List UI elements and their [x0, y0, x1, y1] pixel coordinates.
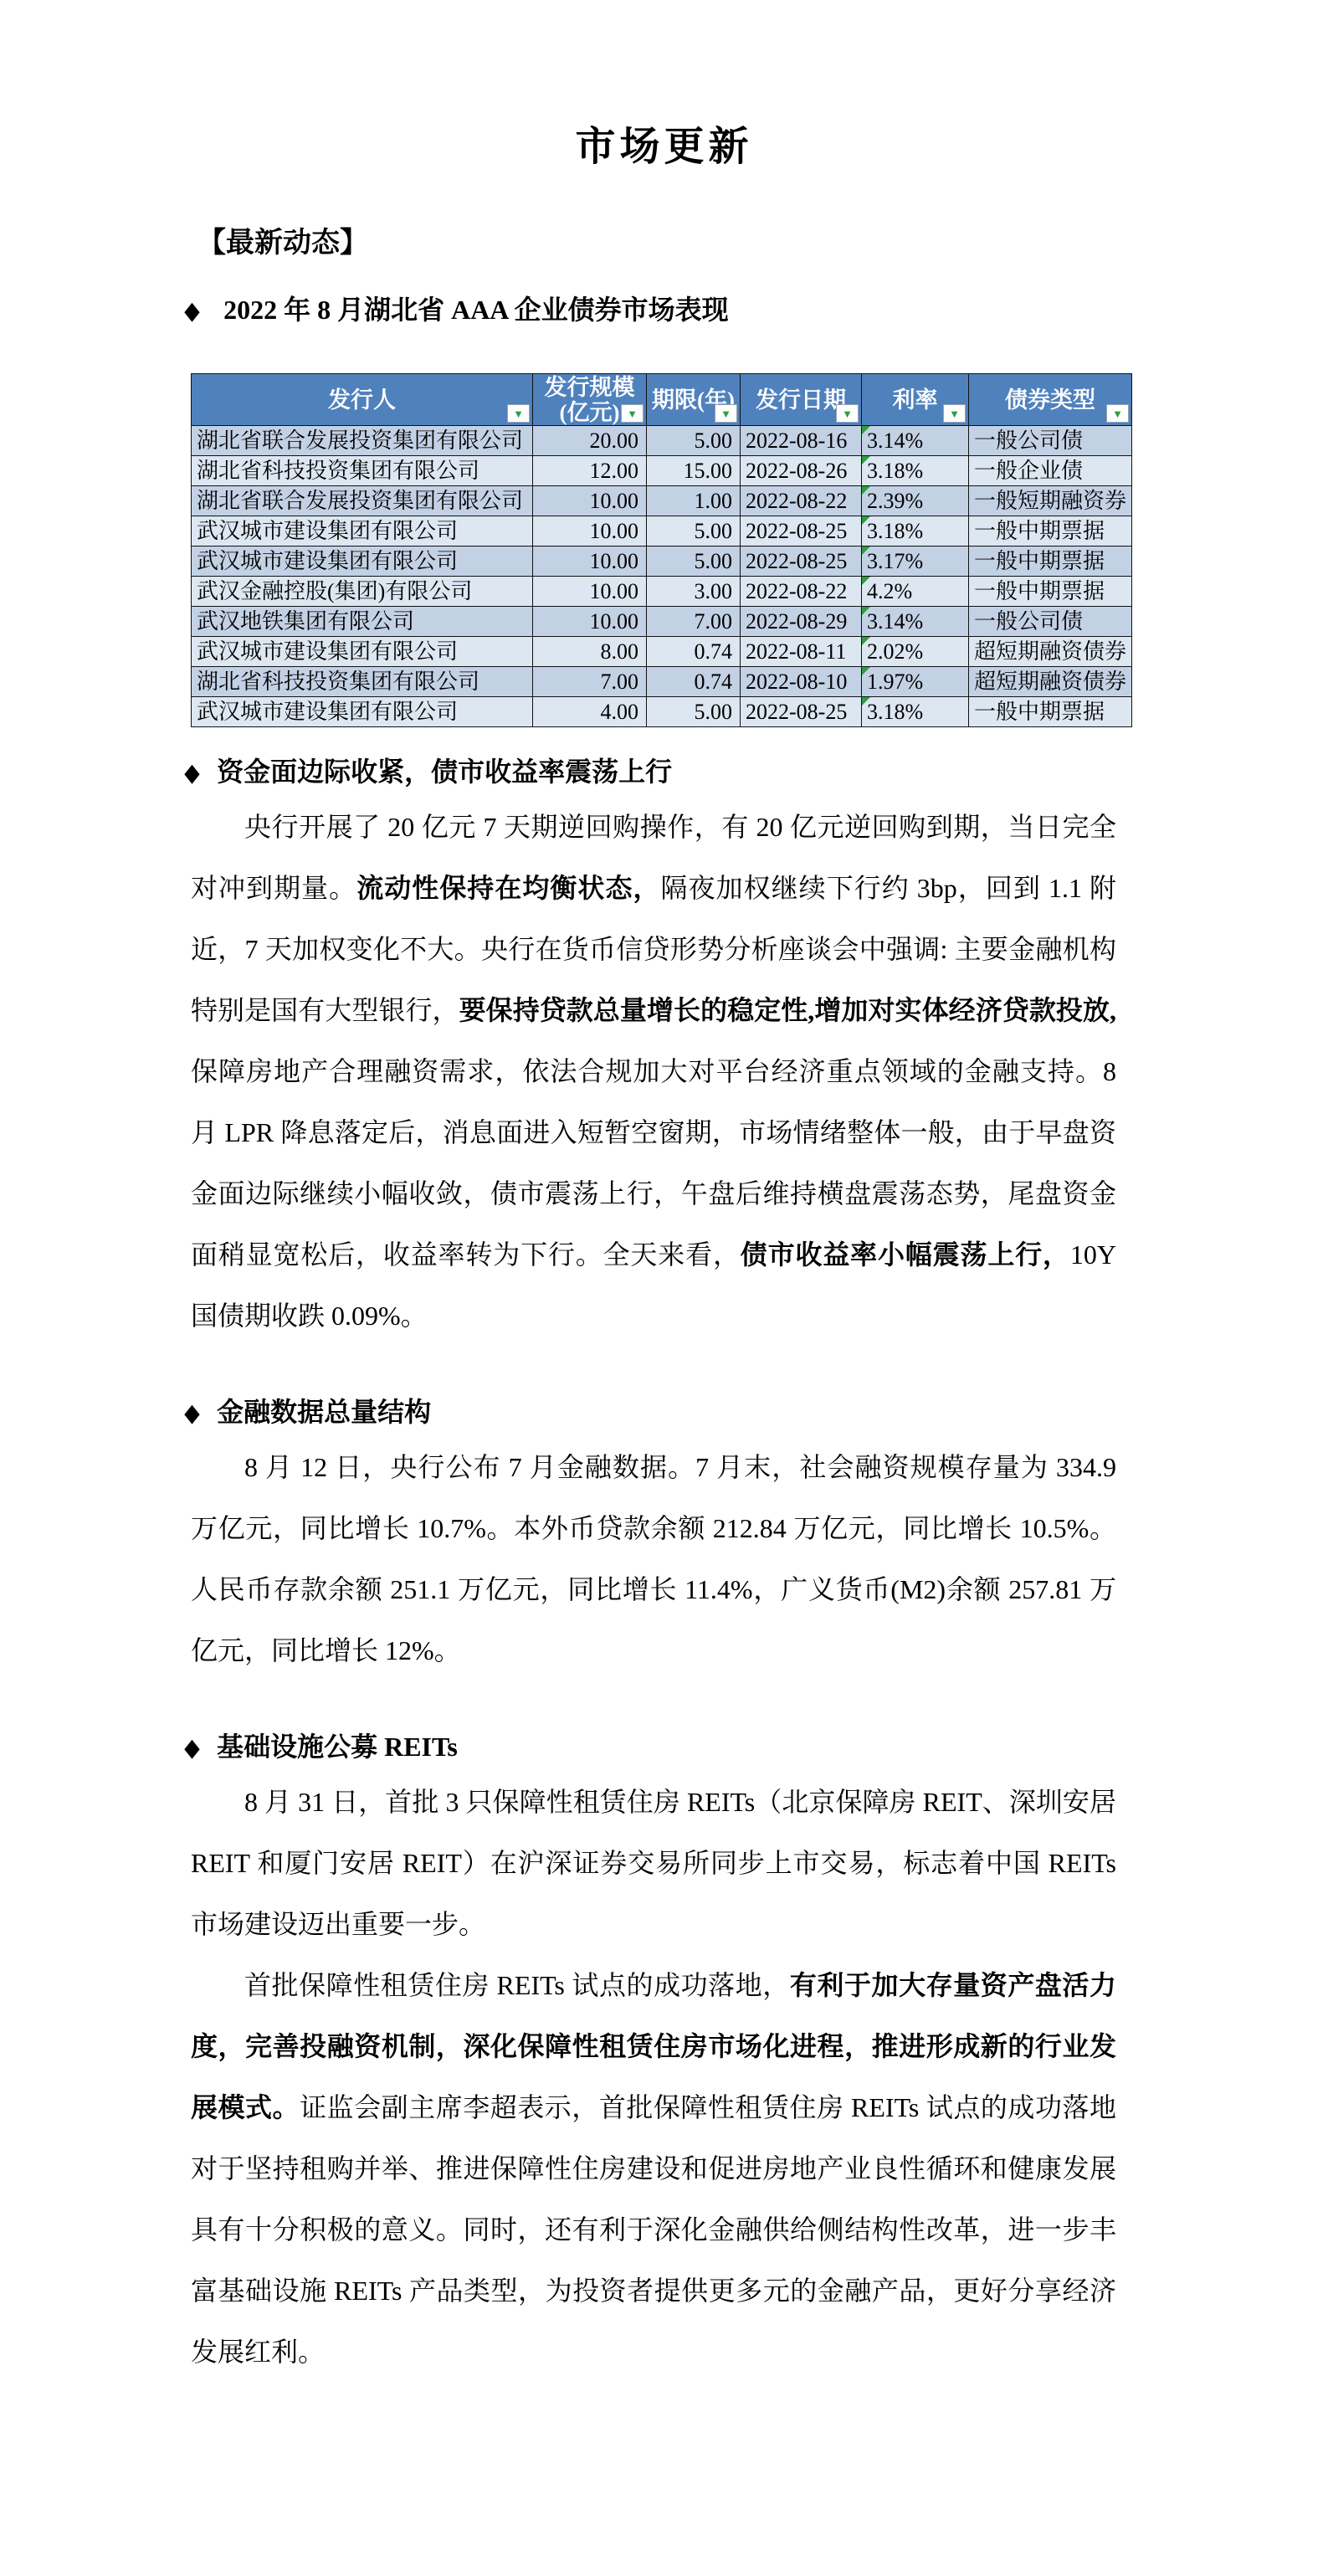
cell-error-flag-icon: [862, 637, 870, 645]
bond-issuance-table: 发行人▼发行规模(亿元)▼期限(年)▼发行日期▼利率▼债券类型▼ 湖北省联合发展…: [191, 373, 1132, 727]
cell-term: 5.00: [647, 697, 741, 727]
cell-rate: 1.97%: [862, 667, 969, 697]
cell-scale: 10.00: [533, 486, 647, 516]
cell-term: 1.00: [647, 486, 741, 516]
paragraph-bold-text: 要保持贷款总量增长的稳定性,增加对实体经济贷款投放,: [459, 995, 1116, 1025]
cell-rate: 3.18%: [862, 697, 969, 727]
cell-scale: 20.00: [533, 426, 647, 456]
cell-scale: 12.00: [533, 456, 647, 486]
paragraph-bold-text: 流动性保持在均衡状态，: [356, 873, 660, 903]
cell-scale: 7.00: [533, 667, 647, 697]
cell-error-flag-icon: [862, 547, 870, 555]
cell-issuer: 武汉城市建设集团有限公司: [192, 637, 533, 667]
paragraph-text: 证监会副主席李超表示，首批保障性租赁住房 REITs 试点的成功落地对于坚持租购…: [191, 2092, 1116, 2367]
section-heading: ◆基础设施公募 REITs: [182, 1728, 1116, 1767]
cell-issuer: 武汉城市建设集团有限公司: [192, 516, 533, 547]
diamond-bullet-icon: ◆: [184, 755, 199, 792]
cell-date: 2022-08-22: [741, 577, 862, 607]
cell-rate: 2.39%: [862, 486, 969, 516]
filter-button-term[interactable]: ▼: [715, 404, 737, 423]
cell-rate: 3.18%: [862, 456, 969, 486]
cell-issuer: 湖北省联合发展投资集团有限公司: [192, 486, 533, 516]
filter-button-date[interactable]: ▼: [836, 404, 859, 423]
diamond-bullet-icon: ◆: [184, 1730, 199, 1767]
cell-error-flag-icon: [862, 426, 870, 434]
table-row: 武汉城市建设集团有限公司10.005.002022-08-253.18%一般中期…: [192, 516, 1132, 547]
table-body: 湖北省联合发展投资集团有限公司20.005.002022-08-163.14%一…: [192, 426, 1132, 727]
cell-term: 0.74: [647, 667, 741, 697]
cell-rate: 3.18%: [862, 516, 969, 547]
filter-dropdown-icon: ▼: [842, 408, 853, 419]
cell-type: 一般企业债: [969, 456, 1132, 486]
column-header-type: 债券类型▼: [969, 374, 1132, 426]
cell-term: 7.00: [647, 607, 741, 637]
sections: ◆资金面边际收紧，债市收益率震荡上行央行开展了 20 亿元 7 天期逆回购操作，…: [191, 753, 1116, 2383]
cell-type: 超短期融资债券: [969, 667, 1132, 697]
paragraph-bold-text: 债市收益率小幅震荡上行，: [741, 1239, 1070, 1270]
cell-error-flag-icon: [862, 577, 870, 585]
cell-error-flag-icon: [862, 456, 870, 464]
cell-rate: 4.2%: [862, 577, 969, 607]
cell-rate: 3.14%: [862, 426, 969, 456]
cell-type: 一般中期票据: [969, 516, 1132, 547]
table-row: 武汉金融控股(集团)有限公司10.003.002022-08-224.2%一般中…: [192, 577, 1132, 607]
section-heading-text: 金融数据总量结构: [217, 1397, 431, 1427]
section-heading-text: 基础设施公募 REITs: [217, 1732, 458, 1762]
cell-rate: 3.14%: [862, 607, 969, 637]
table-header-row: 发行人▼发行规模(亿元)▼期限(年)▼发行日期▼利率▼债券类型▼: [192, 374, 1132, 426]
cell-term: 5.00: [647, 516, 741, 547]
column-header-rate: 利率▼: [862, 374, 969, 426]
column-header-term: 期限(年)▼: [647, 374, 741, 426]
table-section-heading-text: 2022 年 8 月湖北省 AAA 企业债券市场表现: [223, 295, 729, 325]
cell-issuer: 湖北省联合发展投资集团有限公司: [192, 426, 533, 456]
filter-dropdown-icon: ▼: [720, 408, 731, 419]
cell-error-flag-icon: [862, 607, 870, 615]
table-row: 武汉城市建设集团有限公司4.005.002022-08-253.18%一般中期票…: [192, 697, 1132, 727]
cell-date: 2022-08-25: [741, 516, 862, 547]
filter-dropdown-icon: ▼: [513, 408, 524, 419]
cell-term: 5.00: [647, 547, 741, 577]
cell-issuer: 武汉城市建设集团有限公司: [192, 697, 533, 727]
cell-scale: 10.00: [533, 607, 647, 637]
cell-error-flag-icon: [862, 667, 870, 675]
cell-issuer: 武汉城市建设集团有限公司: [192, 547, 533, 577]
cell-date: 2022-08-22: [741, 486, 862, 516]
paragraph: 8 月 31 日，首批 3 只保障性租赁住房 REITs（北京保障房 REIT、…: [191, 1772, 1116, 1955]
paragraph: 8 月 12 日，央行公布 7 月金融数据。7 月末，社会融资规模存量为 334…: [191, 1437, 1116, 1681]
paragraph: 央行开展了 20 亿元 7 天期逆回购操作，有 20 亿元逆回购到期，当日完全对…: [191, 797, 1116, 1347]
cell-issuer: 武汉金融控股(集团)有限公司: [192, 577, 533, 607]
paragraph-text: 保障房地产合理融资需求，依法合规加大对平台经济重点领域的金融支持。8 月 LPR…: [191, 1056, 1116, 1270]
cell-error-flag-icon: [862, 697, 870, 706]
cell-date: 2022-08-10: [741, 667, 862, 697]
cell-type: 一般公司债: [969, 607, 1132, 637]
column-header-issuer: 发行人▼: [192, 374, 533, 426]
section-heading-text: 资金面边际收紧，债市收益率震荡上行: [217, 757, 672, 787]
table-row: 湖北省联合发展投资集团有限公司20.005.002022-08-163.14%一…: [192, 426, 1132, 456]
table-row: 武汉城市建设集团有限公司8.000.742022-08-112.02%超短期融资…: [192, 637, 1132, 667]
page-title: 市场更新: [0, 114, 1328, 172]
cell-date: 2022-08-16: [741, 426, 862, 456]
table-row: 湖北省科技投资集团有限公司7.000.742022-08-101.97%超短期融…: [192, 667, 1132, 697]
table-row: 湖北省科技投资集团有限公司12.0015.002022-08-263.18%一般…: [192, 456, 1132, 486]
column-label: 发行人: [193, 387, 531, 413]
filter-dropdown-icon: ▼: [949, 408, 960, 419]
cell-scale: 10.00: [533, 577, 647, 607]
cell-term: 3.00: [647, 577, 741, 607]
filter-dropdown-icon: ▼: [627, 408, 638, 419]
paragraph-text: 首批保障性租赁住房 REITs 试点的成功落地，: [244, 1970, 790, 2000]
cell-type: 超短期融资债券: [969, 637, 1132, 667]
filter-dropdown-icon: ▼: [1112, 408, 1123, 419]
cell-scale: 8.00: [533, 637, 647, 667]
filter-button-type[interactable]: ▼: [1106, 404, 1129, 423]
cell-issuer: 武汉地铁集团有限公司: [192, 607, 533, 637]
cell-rate: 2.02%: [862, 637, 969, 667]
paragraph: 首批保障性租赁住房 REITs 试点的成功落地，有利于加大存量资产盘活力度，完善…: [191, 1955, 1116, 2383]
filter-button-scale[interactable]: ▼: [621, 404, 643, 423]
cell-type: 一般中期票据: [969, 577, 1132, 607]
cell-scale: 10.00: [533, 547, 647, 577]
cell-date: 2022-08-11: [741, 637, 862, 667]
table-row: 武汉地铁集团有限公司10.007.002022-08-293.14%一般公司债: [192, 607, 1132, 637]
section-heading: ◆资金面边际收紧，债市收益率震荡上行: [182, 753, 1116, 792]
latest-news-label: 【最新动态】: [197, 219, 368, 260]
cell-type: 一般公司债: [969, 426, 1132, 456]
document-page: 市场更新 【最新动态】 ◆ 2022 年 8 月湖北省 AAA 企业债券市场表现…: [0, 0, 1328, 2576]
cell-issuer: 湖北省科技投资集团有限公司: [192, 667, 533, 697]
paragraph-text: 8 月 12 日，央行公布 7 月金融数据。7 月末，社会融资规模存量为 334…: [191, 1452, 1116, 1665]
cell-error-flag-icon: [862, 486, 870, 495]
section-heading: ◆金融数据总量结构: [182, 1393, 1116, 1432]
cell-scale: 10.00: [533, 516, 647, 547]
column-header-scale: 发行规模(亿元)▼: [533, 374, 647, 426]
cell-date: 2022-08-25: [741, 547, 862, 577]
cell-type: 一般中期票据: [969, 547, 1132, 577]
diamond-bullet-icon: ◆: [184, 1395, 199, 1432]
filter-button-issuer[interactable]: ▼: [507, 404, 530, 423]
cell-scale: 4.00: [533, 697, 647, 727]
cell-type: 一般短期融资券: [969, 486, 1132, 516]
paragraph-text: 8 月 31 日，首批 3 只保障性租赁住房 REITs（北京保障房 REIT、…: [191, 1787, 1116, 1939]
cell-rate: 3.17%: [862, 547, 969, 577]
cell-date: 2022-08-29: [741, 607, 862, 637]
table-row: 湖北省联合发展投资集团有限公司10.001.002022-08-222.39%一…: [192, 486, 1132, 516]
cell-date: 2022-08-25: [741, 697, 862, 727]
diamond-bullet-icon: ◆: [184, 293, 199, 330]
cell-term: 0.74: [647, 637, 741, 667]
cell-error-flag-icon: [862, 516, 870, 525]
column-header-date: 发行日期▼: [741, 374, 862, 426]
cell-date: 2022-08-26: [741, 456, 862, 486]
cell-type: 一般中期票据: [969, 697, 1132, 727]
filter-button-rate[interactable]: ▼: [943, 404, 966, 423]
cell-term: 5.00: [647, 426, 741, 456]
table-section-heading: ◆ 2022 年 8 月湖北省 AAA 企业债券市场表现: [182, 291, 729, 330]
table-row: 武汉城市建设集团有限公司10.005.002022-08-253.17%一般中期…: [192, 547, 1132, 577]
cell-issuer: 湖北省科技投资集团有限公司: [192, 456, 533, 486]
cell-term: 15.00: [647, 456, 741, 486]
